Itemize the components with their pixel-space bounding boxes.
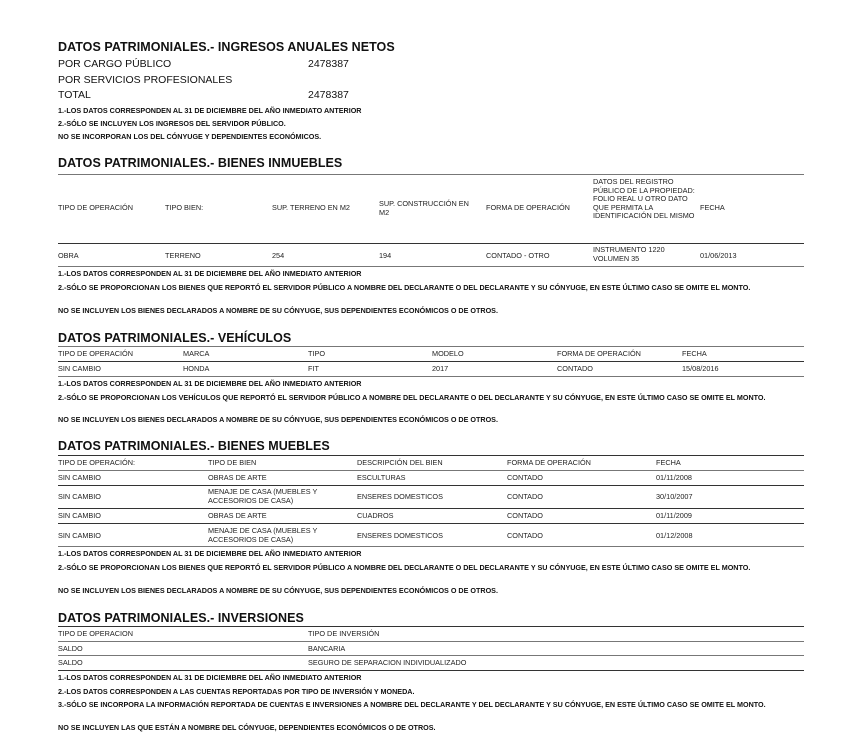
muebles-note-1: 1.-LOS DATOS CORRESPONDEN AL 31 DE DICIE… (58, 549, 804, 558)
section-title-inversiones: DATOS PATRIMONIALES.- INVERSIONES (58, 611, 304, 625)
table-rule (58, 641, 804, 642)
muebles-cell: OBRAS DE ARTE (208, 512, 267, 521)
muebles-cell: SIN CAMBIO (58, 474, 101, 483)
inmuebles-cell: TERRENO (165, 252, 201, 261)
inmuebles-cell: 01/06/2013 (700, 252, 737, 261)
vehiculos-header-1: MARCA (183, 350, 209, 359)
section-title-ingresos: DATOS PATRIMONIALES.- INGRESOS ANUALES N… (58, 40, 395, 54)
section-title-vehiculos: DATOS PATRIMONIALES.- VEHÍCULOS (58, 331, 291, 345)
vehiculos-header-0: TIPO DE OPERACIÓN (58, 350, 133, 359)
inversiones-header-0: TIPO DE OPERACION (58, 630, 133, 639)
ingresos-label-servicios: POR SERVICIOS PROFESIONALES (58, 74, 232, 86)
muebles-cell: MENAJE DE CASA (MUEBLES Y ACCESORIOS DE … (208, 527, 333, 544)
section-title-muebles: DATOS PATRIMONIALES.- BIENES MUEBLES (58, 439, 330, 453)
table-rule (58, 266, 804, 267)
table-rule (58, 670, 804, 671)
inmuebles-header-4: FORMA DE OPERACIÓN (486, 204, 586, 213)
inversiones-note-1: 1.-LOS DATOS CORRESPONDEN AL 31 DE DICIE… (58, 673, 804, 682)
table-rule (58, 455, 804, 456)
muebles-cell: SIN CAMBIO (58, 532, 101, 541)
inversiones-cell: SALDO (58, 645, 83, 654)
inmuebles-note-3: NO SE INCLUYEN LOS BIENES DECLARADOS A N… (58, 306, 804, 315)
vehiculos-note-2: 2.-SÓLO SE PROPORCIONAN LOS VEHÍCULOS QU… (58, 393, 804, 402)
vehiculos-cell: SIN CAMBIO (58, 365, 101, 374)
muebles-cell: CONTADO (507, 512, 543, 521)
muebles-cell: 01/11/2008 (656, 474, 692, 483)
table-rule (58, 508, 804, 509)
inmuebles-cell: CONTADO - OTRO (486, 252, 550, 261)
vehiculos-header-2: TIPO (308, 350, 325, 359)
inmuebles-cell: 254 (272, 252, 284, 261)
table-rule (58, 470, 804, 471)
inversiones-cell: SEGURO DE SEPARACION INDIVIDUALIZADO (308, 659, 466, 668)
vehiculos-cell: 2017 (432, 365, 448, 374)
inmuebles-header-2: SUP. TERRENO EN M2 (272, 204, 372, 213)
vehiculos-cell: HONDA (183, 365, 209, 374)
inmuebles-header-3: SUP. CONSTRUCCIÓN EN M2 (379, 200, 481, 217)
muebles-cell: 01/11/2009 (656, 512, 692, 521)
muebles-cell: CUADROS (357, 512, 394, 521)
table-rule (58, 546, 804, 547)
inversiones-note-2: 2.-LOS DATOS CORRESPONDEN A LAS CUENTAS … (58, 687, 804, 696)
muebles-cell: 30/10/2007 (656, 493, 693, 502)
muebles-cell: CONTADO (507, 474, 543, 483)
table-rule (58, 485, 804, 486)
section-title-inmuebles: DATOS PATRIMONIALES.- BIENES INMUEBLES (58, 156, 342, 170)
inmuebles-header-6: FECHA (700, 204, 800, 213)
muebles-cell: SIN CAMBIO (58, 493, 101, 502)
vehiculos-cell: FIT (308, 365, 319, 374)
vehiculos-header-5: FECHA (682, 350, 707, 359)
muebles-header-3: FORMA DE OPERACIÓN (507, 459, 591, 468)
inmuebles-cell: OBRA (58, 252, 79, 261)
ingresos-value-cargo: 2478387 (308, 58, 349, 70)
ingresos-note-1: 1.-LOS DATOS CORRESPONDEN AL 31 DE DICIE… (58, 106, 804, 115)
muebles-header-0: TIPO DE OPERACIÓN: (58, 459, 135, 468)
muebles-note-2: 2.-SÓLO SE PROPORCIONAN LOS BIENES QUE R… (58, 563, 804, 572)
muebles-header-2: DESCRIPCIÓN DEL BIEN (357, 459, 443, 468)
vehiculos-cell: CONTADO (557, 365, 593, 374)
inmuebles-note-1: 1.-LOS DATOS CORRESPONDEN AL 31 DE DICIE… (58, 269, 804, 278)
vehiculos-note-3: NO SE INCLUYEN LOS BIENES DECLARADOS A N… (58, 415, 804, 424)
inmuebles-header-5: DATOS DEL REGISTRO PÚBLICO DE LA PROPIED… (593, 178, 695, 221)
muebles-cell: MENAJE DE CASA (MUEBLES Y ACCESORIOS DE … (208, 488, 333, 505)
muebles-cell: CONTADO (507, 532, 543, 541)
muebles-cell: CONTADO (507, 493, 543, 502)
ingresos-label-cargo: POR CARGO PÚBLICO (58, 58, 171, 70)
inversiones-cell: SALDO (58, 659, 83, 668)
muebles-header-4: FECHA (656, 459, 681, 468)
muebles-cell: ENSERES DOMESTICOS (357, 532, 443, 541)
muebles-note-3: NO SE INCLUYEN LOS BIENES DECLARADOS A N… (58, 586, 804, 595)
table-rule (58, 361, 804, 362)
table-rule (58, 523, 804, 524)
table-rule (58, 174, 804, 175)
inmuebles-cell: INSTRUMENTO 1220 VOLUMEN 35 (593, 246, 693, 263)
inversiones-note-4: NO SE INCLUYEN LAS QUE ESTÁN A NOMBRE DE… (58, 723, 804, 732)
table-rule (58, 626, 804, 627)
table-rule (58, 346, 804, 347)
inmuebles-header-1: TIPO BIEN: (165, 204, 265, 213)
inmuebles-note-2: 2.-SÓLO SE PROPORCIONAN LOS BIENES QUE R… (58, 283, 804, 292)
muebles-cell: 01/12/2008 (656, 532, 693, 541)
inversiones-note-3: 3.-SÓLO SE INCORPORA LA INFORMACIÓN REPO… (58, 700, 804, 709)
inversiones-header-1: TIPO DE INVERSIÓN (308, 630, 379, 639)
vehiculos-cell: 15/08/2016 (682, 365, 719, 374)
inmuebles-header-0: TIPO DE OPERACIÓN (58, 204, 158, 213)
vehiculos-header-3: MODELO (432, 350, 464, 359)
ingresos-note-2: 2.-SÓLO SE INCLUYEN LOS INGRESOS DEL SER… (58, 119, 804, 128)
inmuebles-cell: 194 (379, 252, 391, 261)
ingresos-label-total: TOTAL (58, 89, 91, 101)
table-rule (58, 376, 804, 377)
table-rule (58, 655, 804, 656)
muebles-cell: SIN CAMBIO (58, 512, 101, 521)
muebles-cell: ESCULTURAS (357, 474, 406, 483)
inversiones-cell: BANCARIA (308, 645, 345, 654)
table-rule (58, 243, 804, 244)
ingresos-note-3: NO SE INCORPORAN LOS DEL CÓNYUGE Y DEPEN… (58, 132, 804, 141)
ingresos-value-total: 2478387 (308, 89, 349, 101)
muebles-header-1: TIPO DE BIEN (208, 459, 256, 468)
vehiculos-note-1: 1.-LOS DATOS CORRESPONDEN AL 31 DE DICIE… (58, 379, 804, 388)
vehiculos-header-4: FORMA DE OPERACIÓN (557, 350, 641, 359)
muebles-cell: OBRAS DE ARTE (208, 474, 267, 483)
muebles-cell: ENSERES DOMESTICOS (357, 493, 443, 502)
